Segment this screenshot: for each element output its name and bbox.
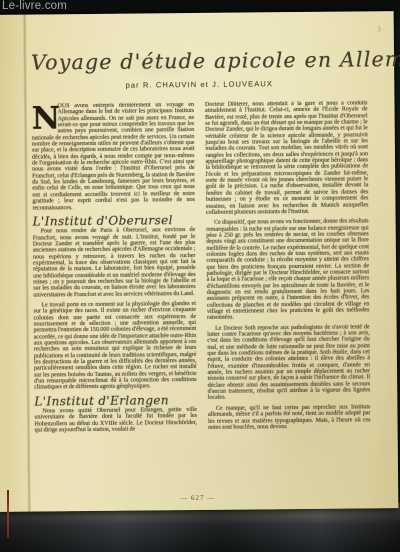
text-columns: NOUS avons entrepris dernièrement un voy… (31, 100, 371, 477)
watermark: Le-livre.com (2, 0, 67, 12)
intro-paragraph: NOUS avons entrepris dernièrement un voy… (31, 102, 195, 211)
book-spine-edge (7, 490, 9, 538)
body-paragraph: Le travail porte en ce moment sur la phy… (33, 301, 196, 391)
body-paragraph: Ce manque, qu'il ne faut certes pas repr… (208, 404, 371, 431)
body-paragraph: Nous avons quitté Oberursel pour Erlange… (34, 407, 197, 434)
page-content: Voyage d'étude apicole en Allemagne par … (0, 11, 398, 512)
book-page: 3 Voyage d'étude apicole en Allemagne pa… (0, 11, 398, 512)
drop-cap: N (31, 104, 54, 133)
section-heading-erlangen: L'Institut d'Erlangen (34, 397, 197, 405)
right-column: Docteur Dötterer, nous attendait à la ga… (205, 100, 371, 476)
body-paragraph: Le Docteur Soth reproche aux pathologist… (207, 324, 370, 402)
body-paragraph: Pour nous rendre de Paris à Oberursel, a… (33, 227, 196, 298)
article-byline: par R. CHAUVIN et J. LOUVEAUX (31, 78, 367, 90)
page-number: — 627 — (0, 492, 398, 504)
body-paragraph: Ce dispositif, que nous avons vu fonctio… (206, 219, 369, 322)
scanned-book-photo: 3 Voyage d'étude apicole en Allemagne pa… (0, 0, 400, 552)
section-heading-oberursel: L'Institut d'Oberursel (33, 217, 196, 225)
left-column: NOUS avons entrepris dernièrement un voy… (31, 102, 197, 478)
article-title: Voyage d'étude apicole en Allemagne (31, 47, 367, 74)
body-paragraph: Docteur Dötterer, nous attendait à la ga… (205, 100, 369, 216)
